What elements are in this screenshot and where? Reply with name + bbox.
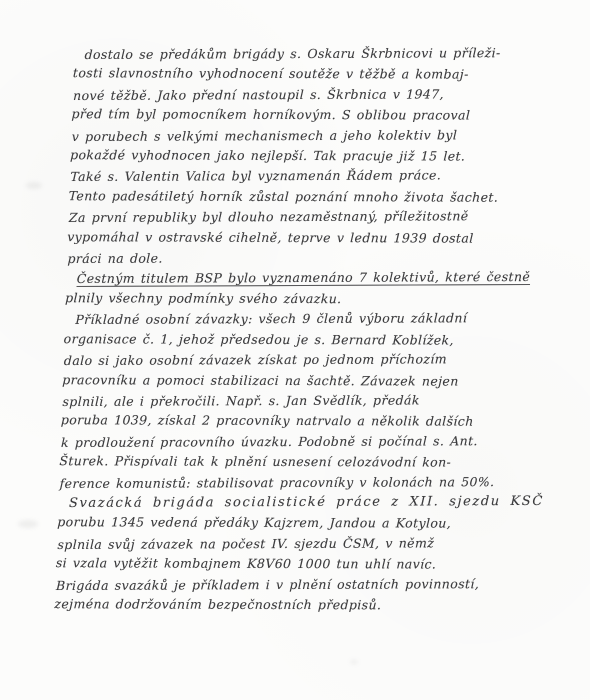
scan-smudge bbox=[350, 660, 358, 664]
handwritten-line: dalo si jako osobní závazek získat po je… bbox=[64, 349, 533, 371]
handwritten-line: plnily všechny podmínky svého závazku. bbox=[65, 288, 534, 310]
handwritten-line: Svazácká brigáda socialistické práce z X… bbox=[59, 492, 528, 514]
handwritten-line: zejména dodržováním bezpečnostních předp… bbox=[54, 594, 523, 616]
handwritten-line: Čestným titulem BSP bylo vyznamenáno 7 k… bbox=[66, 267, 535, 289]
scan-smudge bbox=[26, 182, 42, 189]
handwritten-line: Příkladné osobní závazky: všech 9 členů … bbox=[65, 308, 534, 330]
handwritten-line: organisace č. 1, jehož předsedou je s. B… bbox=[63, 329, 532, 351]
handwritten-line: Šturek. Přispívali tak k plnění usnesení… bbox=[59, 451, 528, 473]
handwritten-line: Brigáda svazáků je příkladem i v plnění … bbox=[56, 574, 525, 596]
handwritten-line: poruba 1039, získal 2 pracovníky natrval… bbox=[60, 410, 529, 432]
handwritten-line: Za první republiky byl dlouho nezaměstna… bbox=[69, 206, 538, 228]
handwritten-line: porubu 1345 vedená předáky Kajzrem, Jand… bbox=[57, 513, 526, 535]
handwritten-line: v porubech s velkými mechanismech a jeho… bbox=[71, 125, 540, 147]
paragraph-bsp-title: Čestným titulem BSP bylo vyznamenáno 7 k… bbox=[65, 268, 534, 309]
handwritten-line: nové těžbě. Jako přední nastoupil s. Škr… bbox=[73, 84, 542, 106]
manuscript-page: dostalo se předákům brigády s. Oskaru Šk… bbox=[0, 0, 590, 700]
handwritten-line: před tím byl pomocníkem horníkovým. S ob… bbox=[71, 104, 540, 126]
handwritten-line: pokaždé vyhodnocen jako nejlepší. Tak pr… bbox=[70, 145, 539, 167]
handwritten-line: práci na dole. bbox=[67, 247, 536, 269]
handwritten-line: vypomáhal v ostravské cihelně, teprve v … bbox=[67, 227, 536, 249]
handwritten-line: Také s. Valentin Valica byl vyznamenán Ř… bbox=[70, 165, 539, 187]
handwritten-line: ference komunistů: stabilisovat pracovní… bbox=[59, 472, 528, 494]
paragraph-personal-pledges: Příkladné osobní závazky: všech 9 členů … bbox=[58, 309, 532, 493]
handwritten-line: Tento padesátiletý horník zůstal poznání… bbox=[68, 186, 537, 208]
handwritten-text-block: dostalo se předákům brigády s. Oskaru Šk… bbox=[54, 44, 542, 615]
handwritten-line: splnili, ale i překročili. Např. s. Jan … bbox=[62, 390, 531, 412]
scan-smudge bbox=[18, 520, 38, 528]
paragraph-awards: dostalo se předákům brigády s. Oskaru Šk… bbox=[66, 44, 542, 268]
handwritten-line: dostalo se předákům brigády s. Oskaru Šk… bbox=[74, 43, 543, 65]
handwritten-line: si vzala vytěžit kombajnem K8V60 1000 tu… bbox=[55, 553, 524, 575]
handwritten-line: splnila svůj závazek na počest IV. sjezd… bbox=[57, 533, 526, 555]
handwritten-line: pracovníku a pomoci stabilizaci na šacht… bbox=[62, 370, 531, 392]
handwritten-line: k prodloužení pracovního úvazku. Podobně… bbox=[61, 431, 530, 453]
handwritten-line: tosti slavnostního vyhodnocení soutěže v… bbox=[73, 64, 542, 86]
paragraph-svazacka-brigade: Svazácká brigáda socialistické práce z X… bbox=[54, 493, 526, 615]
